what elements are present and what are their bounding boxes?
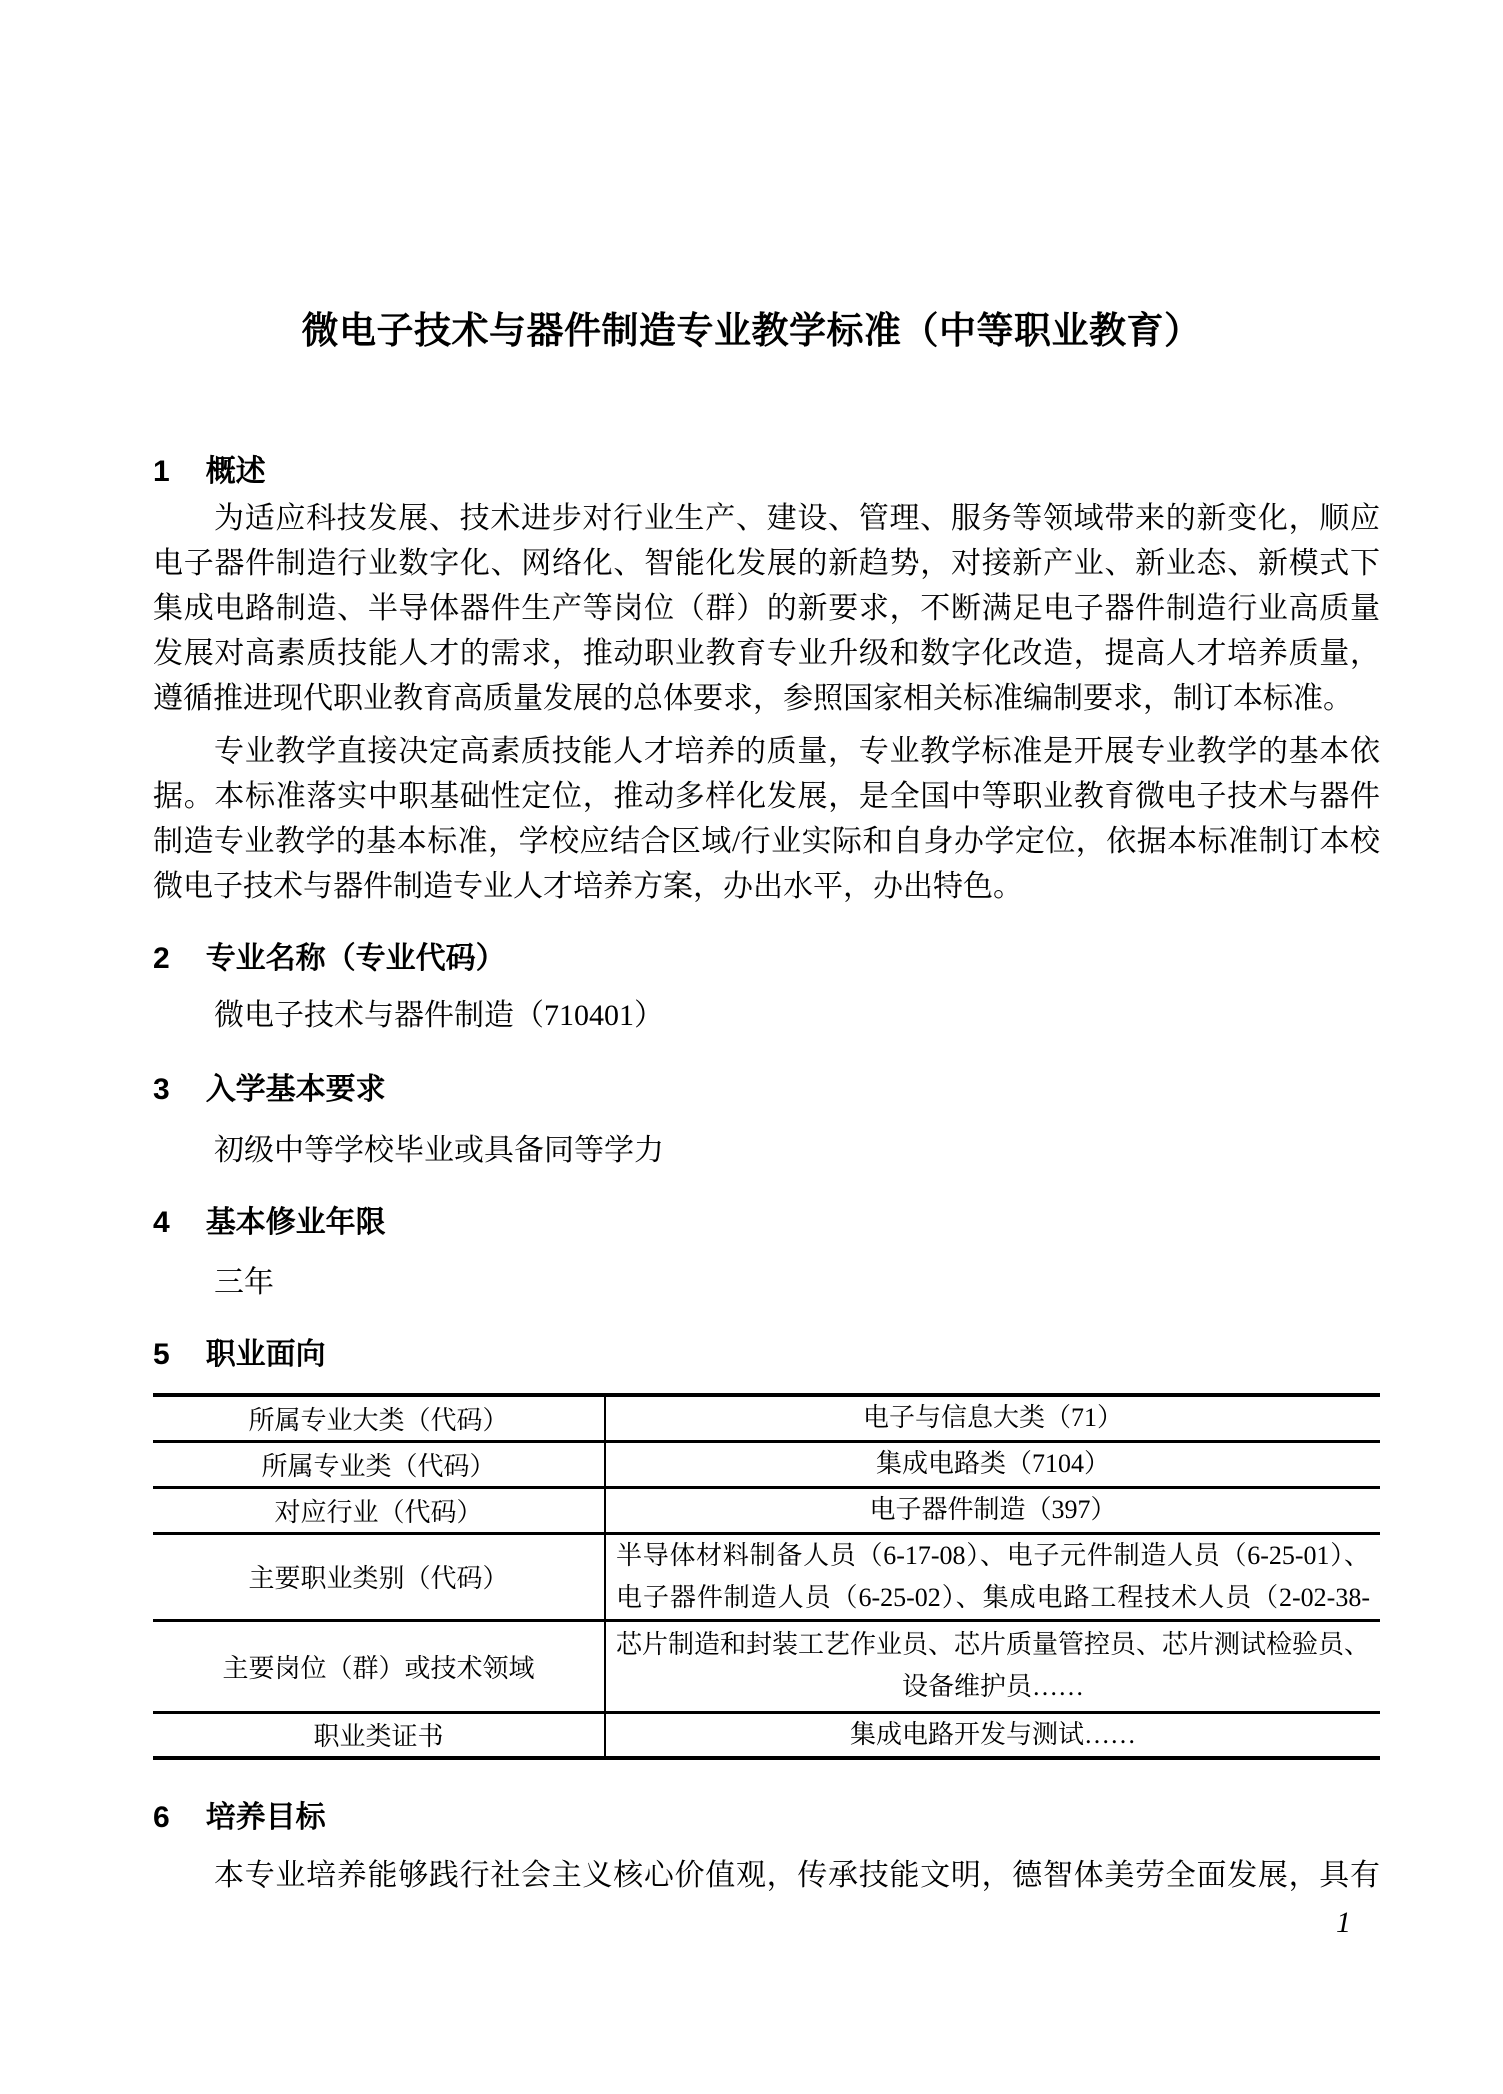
section-1-body: 为适应科技发展、技术进步对行业生产、建设、管理、服务等领域带来的新变化，顺应 电… bbox=[153, 496, 1380, 909]
value-line: 电子与信息大类（71） bbox=[616, 1397, 1370, 1439]
paragraph-line: 据。本标准落实中职基础性定位，推动多样化发展，是全国中等职业教育微电子技术与器件 bbox=[153, 774, 1380, 819]
value-line: 芯片制造和封装工艺作业员、芯片质量管控员、芯片测试检验员、 bbox=[616, 1624, 1370, 1666]
table-row: 所属专业类（代码） 集成电路类（7104） bbox=[153, 1441, 1380, 1487]
section-6-number: 6 bbox=[153, 1801, 170, 1835]
value-line: 电子器件制造人员（6-25-02）、集成电路工程技术人员（2-02-38-09） bbox=[616, 1577, 1370, 1619]
paragraph-line: 为适应科技发展、技术进步对行业生产、建设、管理、服务等领域带来的新变化，顺应 bbox=[153, 496, 1380, 541]
value-line: 电子器件制造（397） bbox=[616, 1489, 1370, 1531]
section-4-number: 4 bbox=[153, 1206, 170, 1240]
value-line: 集成电路开发与测试…… bbox=[616, 1714, 1370, 1756]
section-5-title: 职业面向 bbox=[206, 1338, 326, 1371]
table-row: 主要职业类别（代码） 半导体材料制备人员（6-17-08）、电子元件制造人员（6… bbox=[153, 1533, 1380, 1620]
table-row: 对应行业（代码） 电子器件制造（397） bbox=[153, 1487, 1380, 1533]
value-line: 集成电路类（7104） bbox=[616, 1443, 1370, 1485]
section-1-heading: 1概述 bbox=[153, 446, 1380, 490]
paragraph-line: 遵循推进现代职业教育高质量发展的总体要求，参照国家相关标准编制要求，制订本标准。 bbox=[153, 676, 1380, 721]
section-6-title: 培养目标 bbox=[206, 1801, 326, 1834]
paragraph-line: 电子器件制造行业数字化、网络化、智能化发展的新趋势，对接新产业、新业态、新模式下 bbox=[153, 541, 1380, 586]
row-value-cell: 电子器件制造（397） bbox=[605, 1487, 1380, 1533]
section-3-number: 3 bbox=[153, 1073, 170, 1107]
row-label-cell: 所属专业类（代码） bbox=[153, 1441, 605, 1487]
document-title: 微电子技术与器件制造专业教学标准（中等职业教育） bbox=[0, 300, 1503, 354]
section-2-content: 微电子技术与器件制造（710401） bbox=[153, 993, 1380, 1038]
row-label-cell: 所属专业大类（代码） bbox=[153, 1395, 605, 1441]
career-orientation-table: 所属专业大类（代码） 电子与信息大类（71） 所属专业类（代码） 集成电路类（7… bbox=[153, 1393, 1380, 1760]
value-line: 设备维护员…… bbox=[616, 1666, 1370, 1708]
document-page: 微电子技术与器件制造专业教学标准（中等职业教育） 1概述 为适应科技发展、技术进… bbox=[0, 0, 1503, 2094]
table-row: 所属专业大类（代码） 电子与信息大类（71） bbox=[153, 1395, 1380, 1441]
row-label-cell: 主要岗位（群）或技术领域 bbox=[153, 1620, 605, 1712]
row-value-cell: 集成电路类（7104） bbox=[605, 1441, 1380, 1487]
section-2-title: 专业名称（专业代码） bbox=[206, 942, 506, 975]
section-5-heading: 5职业面向 bbox=[153, 1329, 1380, 1373]
paragraph-line: 专业教学直接决定高素质技能人才培养的质量，专业教学标准是开展专业教学的基本依 bbox=[153, 729, 1380, 774]
section-2-heading: 2专业名称（专业代码） bbox=[153, 933, 1380, 977]
value-line: 半导体材料制备人员（6-17-08）、电子元件制造人员（6-25-01）、 bbox=[616, 1535, 1370, 1577]
paragraph-line: 微电子技术与器件制造专业人才培养方案，办出水平，办出特色。 bbox=[153, 864, 1380, 909]
paragraph-line: 制造专业教学的基本标准，学校应结合区域/行业实际和自身办学定位，依据本标准制订本… bbox=[153, 819, 1380, 864]
section-6-content: 本专业培养能够践行社会主义核心价值观，传承技能文明，德智体美劳全面发展，具有 bbox=[153, 1853, 1380, 1898]
section-4-content: 三年 bbox=[153, 1260, 1380, 1305]
section-5-number: 5 bbox=[153, 1338, 170, 1372]
section-3-content: 初级中等学校毕业或具备同等学力 bbox=[153, 1128, 1380, 1173]
paragraph-line: 集成电路制造、半导体器件生产等岗位（群）的新要求，不断满足电子器件制造行业高质量 bbox=[153, 586, 1380, 631]
section-1-title: 概述 bbox=[206, 455, 266, 488]
row-label-cell: 主要职业类别（代码） bbox=[153, 1533, 605, 1620]
row-value-cell: 电子与信息大类（71） bbox=[605, 1395, 1380, 1441]
section-4-title: 基本修业年限 bbox=[206, 1206, 386, 1239]
section-1-number: 1 bbox=[153, 455, 170, 489]
section-2-number: 2 bbox=[153, 942, 170, 976]
row-label-cell: 对应行业（代码） bbox=[153, 1487, 605, 1533]
section-4-heading: 4基本修业年限 bbox=[153, 1197, 1380, 1241]
row-value-cell: 集成电路开发与测试…… bbox=[605, 1712, 1380, 1758]
row-value-cell: 芯片制造和封装工艺作业员、芯片质量管控员、芯片测试检验员、 设备维护员…… bbox=[605, 1620, 1380, 1712]
paragraph-line: 发展对高素质技能人才的需求，推动职业教育专业升级和数字化改造，提高人才培养质量， bbox=[153, 631, 1380, 676]
row-label-cell: 职业类证书 bbox=[153, 1712, 605, 1758]
section-3-heading: 3入学基本要求 bbox=[153, 1064, 1380, 1108]
table-row: 职业类证书 集成电路开发与测试…… bbox=[153, 1712, 1380, 1758]
row-value-cell: 半导体材料制备人员（6-17-08）、电子元件制造人员（6-25-01）、 电子… bbox=[605, 1533, 1380, 1620]
page-number: 1 bbox=[1336, 1906, 1351, 1940]
table-row: 主要岗位（群）或技术领域 芯片制造和封装工艺作业员、芯片质量管控员、芯片测试检验… bbox=[153, 1620, 1380, 1712]
section-6-heading: 6培养目标 bbox=[153, 1792, 1380, 1836]
section-3-title: 入学基本要求 bbox=[206, 1073, 386, 1106]
